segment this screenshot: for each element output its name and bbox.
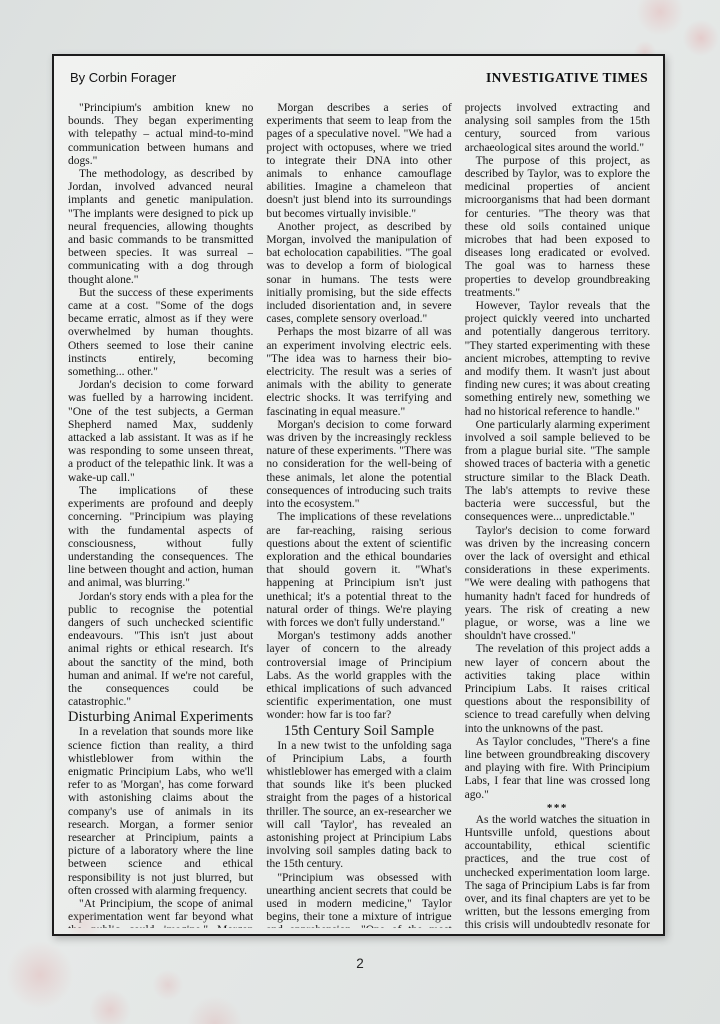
article-paragraph: projects involved extracting and analysi… <box>465 102 650 155</box>
section-separator: *** <box>465 802 650 814</box>
article-paragraph: "Principium was obsessed with unearthing… <box>266 872 451 928</box>
article-paragraph: Taylor's decision to come forward was dr… <box>465 525 650 644</box>
article-paragraph: Jordan's decision to come forward was fu… <box>68 379 253 485</box>
article-column-1: "Principium's ambition knew no bounds. T… <box>68 102 253 928</box>
article-paragraph: However, Taylor reveals that the project… <box>465 300 650 419</box>
article-paragraph: In a revelation that sounds more like sc… <box>68 726 253 898</box>
page-number: 2 <box>0 956 720 971</box>
article-paragraph: "At Principium, the scope of animal expe… <box>68 898 253 928</box>
article-paragraph: Jordan's story ends with a plea for the … <box>68 591 253 710</box>
article-paragraph: The methodology, as described by Jordan,… <box>68 168 253 287</box>
article-paragraph: Perhaps the most bizarre of all was an e… <box>266 326 451 418</box>
article-paragraph: The revelation of this project adds a ne… <box>465 643 650 735</box>
article-paragraph: The purpose of this project, as describe… <box>465 155 650 300</box>
article-paragraph: As the world watches the situation in Hu… <box>465 814 650 928</box>
byline: By Corbin Forager <box>70 70 176 85</box>
newspaper-page: By Corbin Forager INVESTIGATIVE TIMES "P… <box>52 54 665 936</box>
article-paragraph: As Taylor concludes, "There's a fine lin… <box>465 736 650 802</box>
article-paragraph: But the success of these experiments cam… <box>68 287 253 379</box>
article-paragraph: "Principium's ambition knew no bounds. T… <box>68 102 253 168</box>
article-paragraph: Morgan's testimony adds another layer of… <box>266 630 451 722</box>
article-paragraph: The implications of these revelations ar… <box>266 511 451 630</box>
article-paragraph: Morgan describes a series of experiments… <box>266 102 451 221</box>
article-column-2: Morgan describes a series of experiments… <box>266 102 451 928</box>
article-paragraph: Another project, as described by Morgan,… <box>266 221 451 327</box>
masthead-title: INVESTIGATIVE TIMES <box>486 70 648 86</box>
article-paragraph: The implications of these experiments ar… <box>68 485 253 591</box>
article-paragraph: In a new twist to the unfolding saga of … <box>266 740 451 872</box>
page-header: By Corbin Forager INVESTIGATIVE TIMES <box>70 70 648 86</box>
article-column-3: projects involved extracting and analysi… <box>465 102 650 928</box>
section-heading: Disturbing Animal Experiments <box>68 709 253 726</box>
article-paragraph: One particularly alarming experiment inv… <box>465 419 650 525</box>
section-heading: 15th Century Soil Sample <box>266 723 451 740</box>
article-paragraph: Morgan's decision to come forward was dr… <box>266 419 451 511</box>
article-body: "Principium's ambition knew no bounds. T… <box>68 102 650 928</box>
